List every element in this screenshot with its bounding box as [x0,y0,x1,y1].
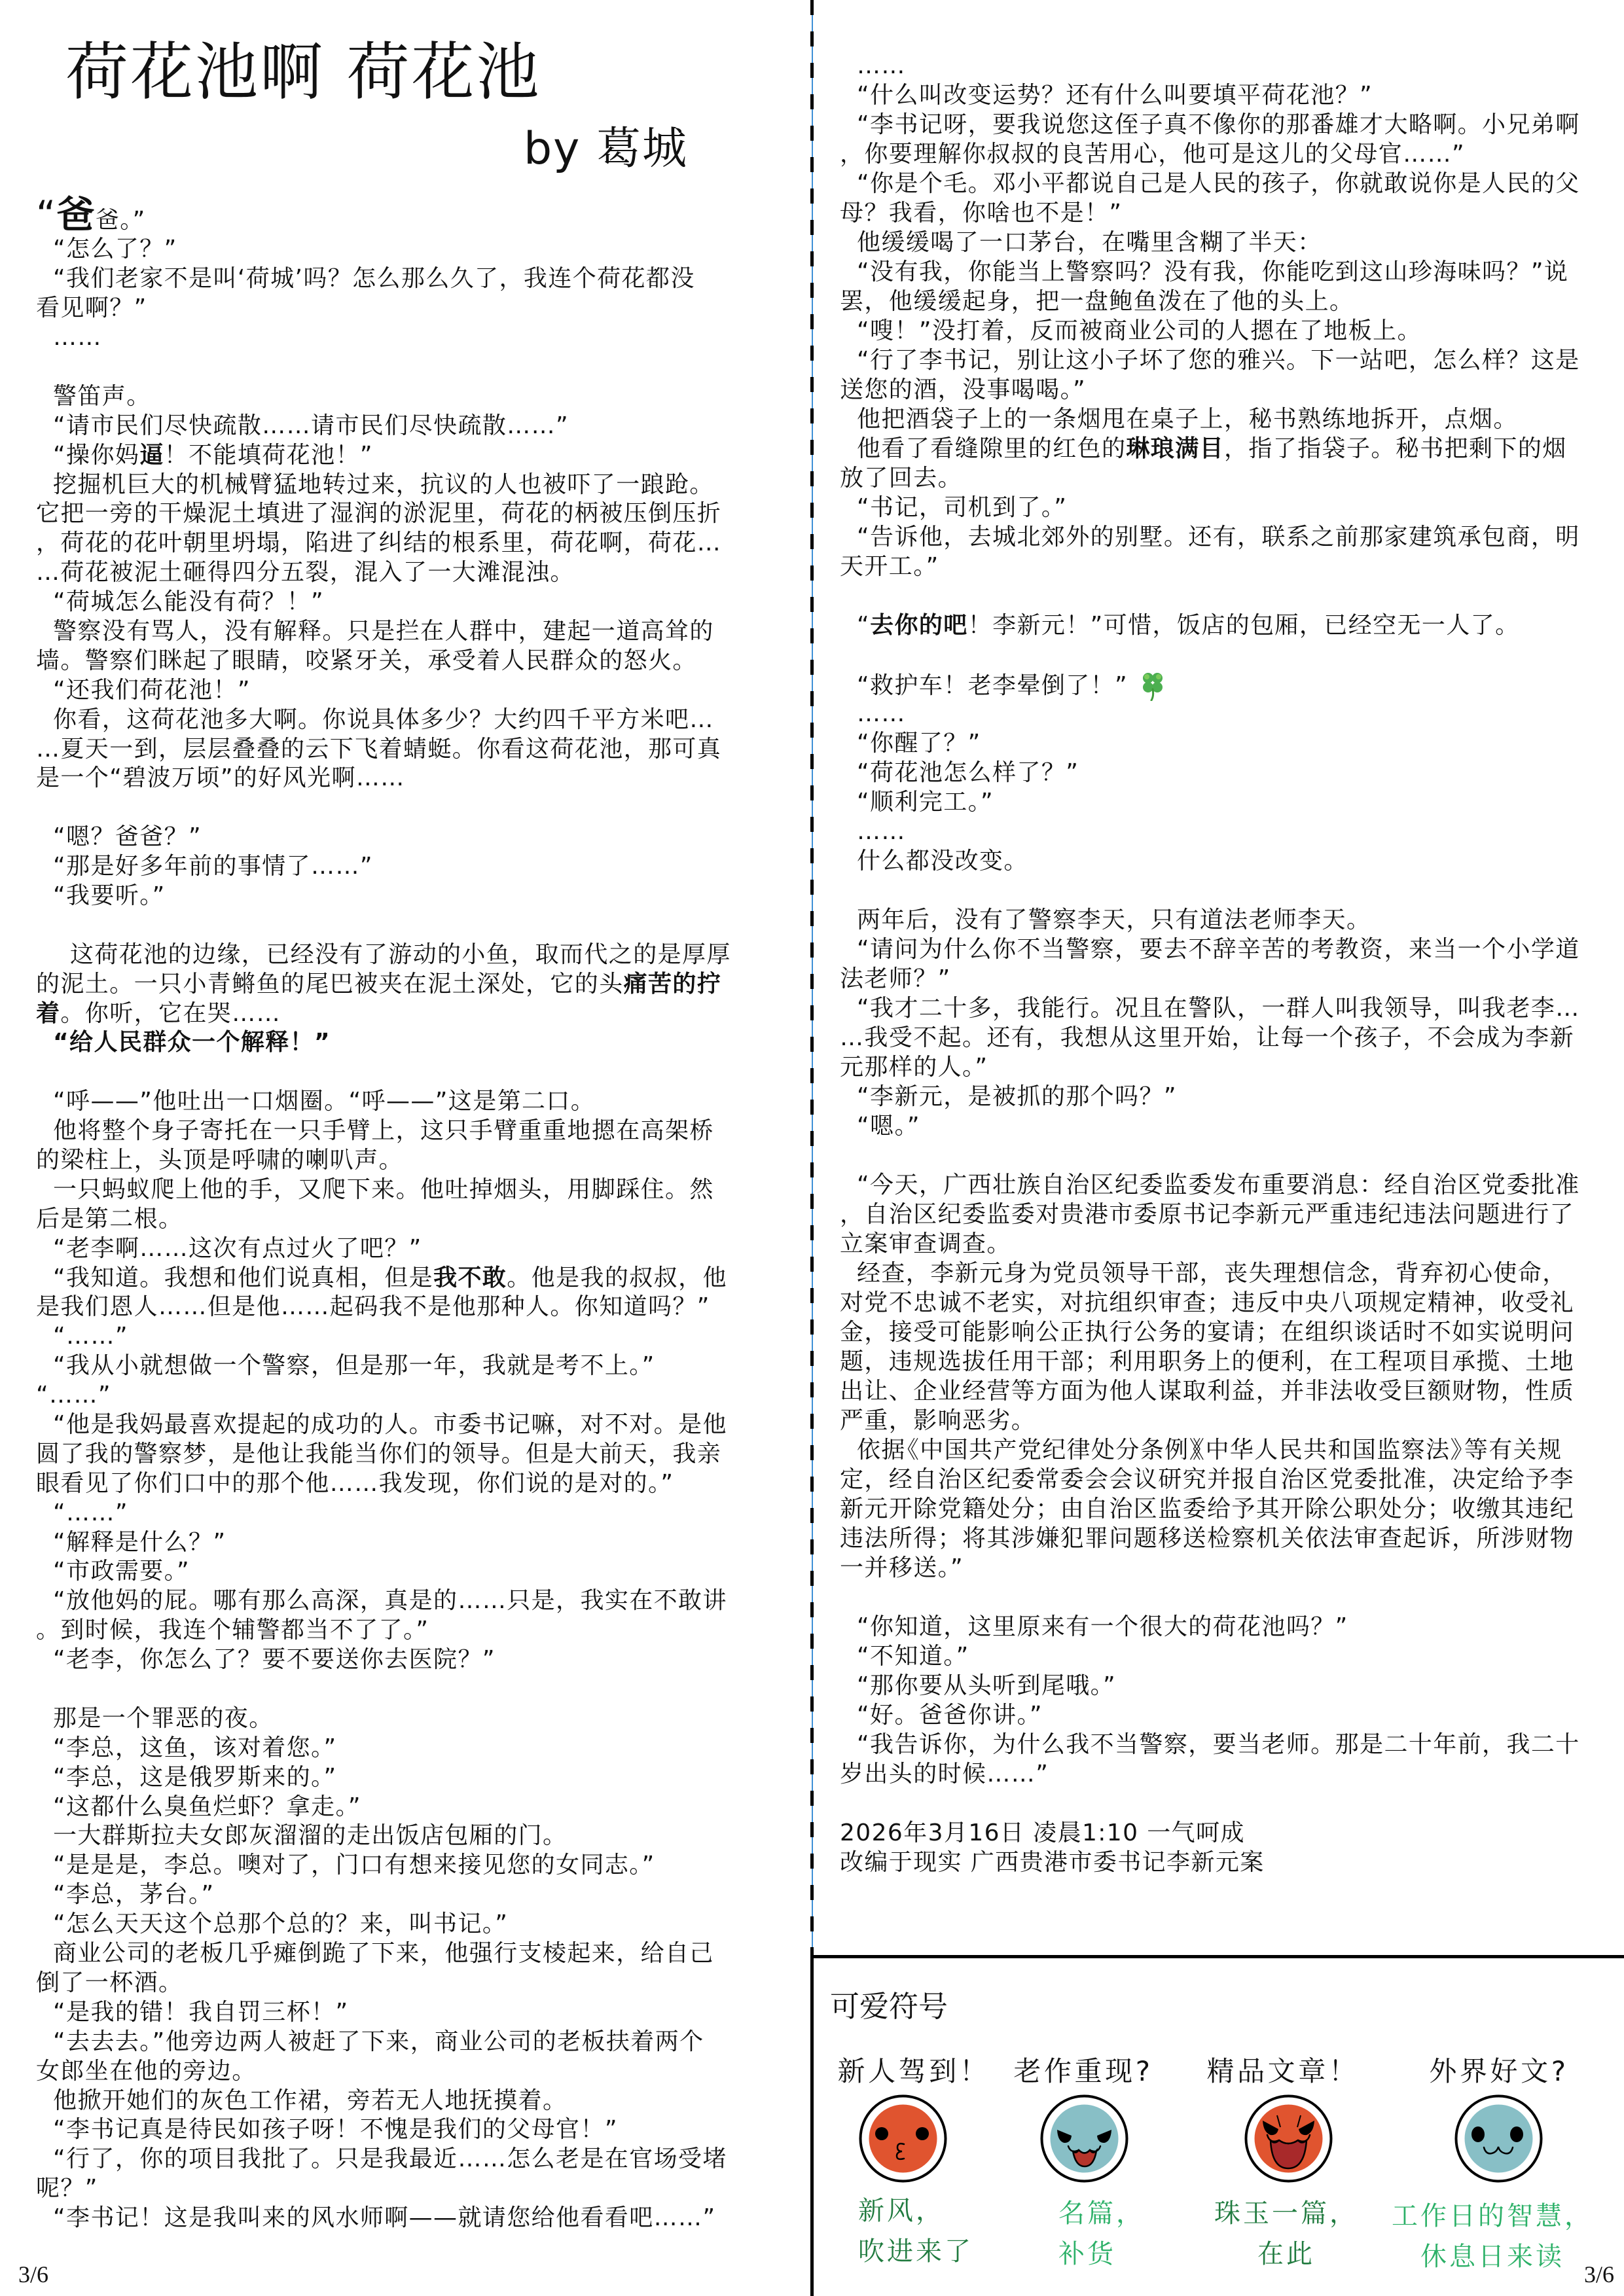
blank-line [840,1583,1623,1612]
text-segment: 他掀开她们的灰色工作裙，旁若无人地抚摸着。 [53,2087,567,2114]
text-segment: 严重，影响恶劣。 [840,1407,1036,1434]
text-line: 依据《中国共产党纪律处分条例》《中华人民共和国监察法》等有关规 [840,1435,1623,1465]
text-segment: 它把一旁的干燥泥土填进了湿润的淤泥里，荷花的柄被压倒压折 [36,500,721,527]
text-segment: 。到时候，我连个辅警都当不了了。” [36,1617,429,1643]
text-segment: “请市民们尽快疏散……请市民们尽快疏散……” [53,412,569,439]
caption-line: 补货 [1058,2234,1145,2274]
text-line: 严重，影响恶劣。 [840,1406,1623,1435]
text-line: 违法所得；将其涉嫌犯罪问题移送检察机关依法审查起诉，所涉财物 [840,1524,1623,1553]
text-segment: “那是好多年前的事情了……” [53,853,373,880]
text-segment: 一只蚂蚁爬上他的手，又爬下来。他吐掉烟头，用脚踩住。然 [53,1176,714,1203]
bold-text: 着 [36,1000,60,1027]
blank-line [36,353,795,382]
text-segment: …我受不起。还有，我想从这里开始，让每一个孩子，不会成为李新 [840,1024,1574,1051]
text-segment: 对党不忠诚不老实，对抗组织审查；违反中央八项规定精神，收受礼 [840,1289,1574,1316]
text-segment: 改编于现实 广西贵港市委书记李新元案 [840,1849,1265,1876]
emblem-box-title: 可爱符号 [830,1987,948,2026]
bold-text: 爸 [56,192,95,237]
text-segment: “李总，这鱼，该对着您。” [53,1734,337,1761]
text-segment: …荷花被泥土砸得四分五裂，混入了一大滩混浊。 [36,559,575,586]
text-segment: 后是第二根。 [36,1206,183,1232]
red-kiss-face-icon [859,2094,947,2183]
text-segment: ，你要理解你叔叔的良苦用心，他可是这儿的父母官……” [840,141,1465,168]
text-line: “我知道。我想和他们说真相，但是我不敢。他是我的叔叔，他 [36,1264,795,1293]
text-line: 母？我看，你啥也不是！” [840,198,1623,228]
text-segment: “……” [53,1499,128,1526]
text-segment: “你是个毛。邓小平都说自己是人民的孩子，你就敢说你是人民的父 [857,170,1580,197]
blank-line [840,876,1623,905]
text-segment: 眼看见了你们口中的那个他……我发现，你们说的是对的。” [36,1470,674,1497]
text-line: “荷城怎么能没有荷？！” [36,588,795,617]
text-segment: 罢，他缓缓起身，把一盘鲍鱼泼在了他的头上。 [840,288,1354,315]
text-segment: “李新元，是被抓的那个吗？” [857,1083,1177,1110]
text-segment: “救护车！老李晕倒了！” [857,672,1128,699]
text-line: “嗯。” [840,1111,1623,1141]
text-segment: “荷城怎么能没有荷？！” [53,588,324,615]
text-segment: “行了李书记，别让这小子坏了您的雅兴。下一站吧，怎么样？这是 [857,347,1580,374]
text-segment: “告诉他，去城北郊外的别墅。还有，联系之前那家建筑承包商，明 [857,524,1580,550]
text-line: 这荷花池的边缘，已经没有了游动的小鱼，取而代之的是厚厚 [36,941,795,970]
text-line: “老李，你怎么了？要不要送你去医院？” [36,1645,795,1675]
text-segment: “顺利完工。” [857,789,994,816]
text-segment: 你看，这荷花池多大啊。你说具体多少？大约四千平方米吧… [53,706,714,733]
text-segment: “李书记呀，要我说您这侄子真不像你的那番雄才大略啊。小兄弟啊 [857,111,1580,138]
text-segment: 警察没有骂人，没有解释。只是拦在人群中，建起一道高耸的 [53,618,714,645]
text-line: “不知道。” [840,1641,1623,1671]
bold-text: 去你的吧 [870,612,968,639]
text-segment: ，自治区纪委监委对贵港市委原书记李新元严重违纪违法问题进行了 [840,1201,1574,1228]
text-line: “李书记真是待民如孩子呀！不愧是我们的父母官！” [36,2115,795,2145]
text-segment: ，指了指袋子。秘书把剩下的烟 [1224,435,1567,462]
text-line: 。到时候，我连个辅警都当不了了。” [36,1616,795,1645]
caption-line: 休息日来读 [1381,2236,1604,2277]
right-text-column: ……“什么叫改变运势？还有什么叫要填平荷花池？”“李书记呀，要我说您这侄子真不像… [840,51,1623,1877]
text-segment: “没有我，你能当上警察吗？没有我，你能吃到这山珍海味吗？”说 [857,259,1568,285]
text-line: “嗖！”没打着，反而被商业公司的人摁在了地板上。 [840,316,1623,346]
text-line: 他缓缓喝了一口茅台，在嘴里含糊了半天： [840,228,1623,257]
text-segment: 警笛声。 [53,383,151,410]
text-line: 元那样的人。” [840,1052,1623,1082]
text-line: “顺利完工。” [840,787,1623,817]
text-segment: “你知道，这里原来有一个很大的荷花池吗？” [857,1613,1348,1640]
blank-line [840,1141,1623,1170]
text-segment: …… [857,818,906,845]
text-segment: 两年后，没有了警察李天，只有道法老师李天。 [857,906,1371,933]
text-line: “请问为什么你不当警察，要去不辞辛苦的考教资，来当一个小学道 [840,935,1623,964]
text-segment: “那你要从头听到尾哦。” [857,1672,1116,1699]
blank-line [36,793,795,823]
text-line: “……” [36,1499,795,1528]
text-segment: 《 [1193,1437,1205,1463]
text-line: 一并移送。” [840,1553,1623,1583]
text-line: “荷花池怎么样了？” [840,758,1623,787]
text-segment: 商业公司的老板几乎瘫倒跪了下来，他强行支棱起来，给自己 [53,1940,714,1967]
text-line: 你看，这荷花池多大啊。你说具体多少？大约四千平方米吧… [36,706,795,735]
text-segment: 送您的酒，没事喝喝。” [840,376,1086,403]
text-segment: 的泥土。一只小青鳉鱼的尾巴被夹在泥土深处，它的头 [36,971,624,997]
text-segment: 是我们恩人……但是他……起码我不是他那种人。你知道吗？” [36,1293,710,1320]
text-line: “李书记！这是我叫来的风水师啊——就请您给他看看吧……” [36,2204,795,2233]
text-segment: 爸。” [96,207,146,234]
page-number-left: 3/6 [18,2261,48,2287]
red-furious-face-icon [1244,2094,1333,2183]
caption-line: 工作日的智慧， [1381,2196,1604,2236]
caption-line: 吹进来了 [858,2231,973,2272]
text-segment: 法老师？” [840,965,951,992]
text-segment: 圆了我的警察梦，是他让我能当你们的领导。但是大前天，我亲 [36,1441,721,1467]
document-page: 荷花池啊 荷花池 by 葛城 “爸爸。”“怎么了？”“我们老家不是叫‘荷城’吗？… [0,0,1624,2296]
text-line: 对党不忠诚不老实，对抗组织审查；违反中央八项规定精神，收受礼 [840,1288,1623,1318]
text-line: “李总，茅台。” [36,1880,795,1910]
text-line: 眼看见了你们口中的那个他……我发现，你们说的是对的。” [36,1469,795,1499]
text-line: ，荷花的花叶朝里坍塌，陷进了纠结的根系里，荷花啊，荷花… [36,529,795,558]
text-line: …… [840,699,1623,728]
text-line: “是我的错！我自罚三杯！” [36,1998,795,2028]
text-line: 的梁柱上，头顶是呼啸的喇叭声。 [36,1146,795,1175]
text-line: “你醒了？” [840,728,1623,758]
text-line: 金，接受可能影响公正执行公务的宴请；在组织谈话时不如实说明问 [840,1318,1623,1347]
emblem-label: 老作重现? [985,2055,1182,2088]
text-segment: 放了回去。 [840,465,962,492]
text-line: 警笛声。 [36,382,795,412]
text-line: “书记，司机到了。” [840,493,1623,522]
text-segment: “他是我妈最喜欢提起的成功的人。市委书记嘛，对不对。是他 [53,1411,727,1438]
text-line: “告诉他，去城北郊外的别墅。还有，联系之前那家建筑承包商，明 [840,522,1623,552]
text-line: 倒了一杯酒。 [36,1969,795,1998]
text-segment: “李总，茅台。” [53,1881,215,1908]
text-line: “我才二十多，我能行。况且在警队，一群人叫我领导，叫我老李… [840,994,1623,1023]
text-line: 是一个“碧波万顷”的好风光啊…… [36,764,795,793]
text-line: …… [36,323,795,353]
text-segment: “是我的错！我自罚三杯！” [53,1999,349,2026]
text-segment: “请问为什么你不当警察，要去不辞辛苦的考教资，来当一个小学道 [857,936,1580,963]
text-line: …夏天一到，层层叠叠的云下飞着蜻蜓。你看这荷花池，那可真 [36,735,795,764]
text-segment: 什么都没改变。 [857,848,1028,874]
text-line: 警察没有骂人，没有解释。只是拦在人群中，建起一道高耸的 [36,617,795,647]
text-line: “我告诉你，为什么我不当警察，要当老师。那是二十年前，我二十 [840,1730,1623,1759]
text-line: “去去去。”他旁边两人被赶了下来，商业公司的老板扶着两个 [36,2028,795,2057]
page-number-right: 3/6 [1584,2261,1614,2287]
text-line: 改编于现实 广西贵港市委书记李新元案 [840,1848,1623,1877]
text-segment: “行了，你的项目我批了。只是我最近……怎么老是在官场受堵 [53,2145,727,2172]
text-segment: “什么叫改变运势？还有什么叫要填平荷花池？” [857,82,1373,109]
blank-line [840,640,1623,670]
text-segment: 新元开除党籍处分；由自治区监委给予其开除公职处分；收缴其违纪 [840,1496,1574,1522]
text-line: “救护车！老李晕倒了！” [840,670,1623,699]
text-segment: “今天，广西壮族自治区纪委监委发布重要消息：经自治区党委批准 [857,1172,1580,1198]
text-segment: 。他是我的叔叔，他 [507,1265,727,1291]
text-segment: 立案审查调查。 [840,1230,1011,1257]
text-segment: 呢？” [36,2175,98,2202]
bold-text: 逼 [139,442,164,469]
text-segment: “怎么天天这个总那个总的？来，叫书记。” [53,1910,508,1937]
text-segment: 那是一个罪恶的夜。 [53,1705,274,1732]
text-segment: 等有关规 [1464,1437,1562,1463]
bold-text: “给人民群众一个解释！” [53,1029,331,1056]
text-segment: “还我们荷花池！” [53,677,251,704]
text-segment: 中国共产党纪律处分条例 [920,1437,1189,1463]
text-line: “怎么天天这个总那个总的？来，叫书记。” [36,1910,795,1939]
text-line: “你是个毛。邓小平都说自己是人民的孩子，你就敢说你是人民的父 [840,169,1623,198]
text-segment: 题，违规选拔任用干部；利用职务上的便利，在工程项目承揽、土地 [840,1348,1574,1375]
caption-line: 名篇， [1058,2193,1145,2234]
column-divider [810,0,814,1947]
text-segment: 中华人民共和国监察法 [1205,1437,1450,1463]
text-line: ，自治区纪委监委对贵港市委原书记李新元严重违纪违法问题进行了 [840,1200,1623,1229]
text-line: “那你要从头听到尾哦。” [840,1671,1623,1700]
text-line: 一只蚂蚁爬上他的手，又爬下来。他吐掉烟头，用脚踩住。然 [36,1175,795,1205]
left-text-column: “爸爸。”“怎么了？”“我们老家不是叫‘荷城’吗？怎么那么久了，我连个荷花都没看… [36,206,795,2233]
emblem-caption: 工作日的智慧， 休息日来读 [1381,2196,1604,2277]
text-line: “李新元，是被抓的那个吗？” [840,1082,1623,1111]
emblem-caption: 名篇， 补货 [1058,2193,1145,2274]
text-line: “操你妈逼！不能填荷花池！” [36,441,795,471]
text-line: “……” [36,1381,795,1410]
text-segment: “ [36,192,56,237]
emblem-caption: 新风， 吹进来了 [858,2191,973,2272]
text-segment: “市政需要。” [53,1558,190,1585]
emblem-label: 新人驾到！ [816,2055,1012,2088]
text-segment: “怎么了？” [53,236,177,262]
text-segment: “李书记真是待民如孩子呀！不愧是我们的父母官！” [53,2116,618,2143]
text-segment: “……” [36,1382,111,1408]
bold-text: 我不敢 [433,1265,507,1291]
text-segment: 。你听，它在哭…… [60,1000,281,1027]
text-line: “你知道，这里原来有一个很大的荷花池吗？” [840,1612,1623,1641]
text-line: “我们老家不是叫‘荷城’吗？怎么那么久了，我连个荷花都没 [36,264,795,294]
text-segment: 《 [895,1437,920,1463]
text-line: “去你的吧！李新元！”可惜，饭店的包厢，已经空无一人了。 [840,611,1623,640]
text-line: 看见啊？” [36,294,795,323]
caption-line: 珠玉一篇， [1182,2193,1391,2234]
text-segment: 他将整个身子寄托在一只手臂上，这只手臂重重地摁在高架桥 [53,1117,714,1144]
text-line: 圆了我的警察梦，是他让我能当你们的领导。但是大前天，我亲 [36,1440,795,1469]
text-line: …荷花被泥土砸得四分五裂，混入了一大滩混浊。 [36,558,795,588]
text-segment: ！李新元！”可惜，饭店的包厢，已经空无一人了。 [968,612,1520,639]
text-segment: 他看了看缝隙里的红色的 [857,435,1126,462]
text-line: 那是一个罪恶的夜。 [36,1704,795,1734]
text-segment: 他把酒袋子上的一条烟甩在桌子上，秘书熟练地拆开，点烟。 [857,406,1518,433]
text-segment: 2026年3月16日 凌晨1:10 一气呵成 [840,1820,1245,1846]
text-segment: “我从小就想做一个警察，但是那一年，我就是考不上。” [53,1352,655,1379]
text-line: “还我们荷花池！” [36,676,795,706]
text-line: “那是好多年前的事情了……” [36,852,795,882]
text-segment: 母？我看，你啥也不是！” [840,200,1122,226]
text-line: 一大群斯拉夫女郎灰溜溜的走出饭店包厢的门。 [36,1821,795,1851]
text-line: “请市民们尽快疏散……请市民们尽快疏散……” [36,412,795,441]
text-line: 法老师？” [840,964,1623,994]
text-segment: 天开工。” [840,553,939,580]
text-line: 他看了看缝隙里的红色的琳琅满目，指了指袋子。秘书把剩下的烟 [840,434,1623,463]
text-segment: “李总，这是俄罗斯来的。” [53,1764,337,1791]
text-segment: “呼——”他吐出一口烟圈。“呼——”这是第二口。 [53,1088,595,1115]
text-line: “怎么了？” [36,235,795,264]
text-line: “我从小就想做一个警察，但是那一年，我就是考不上。” [36,1352,795,1381]
text-line: 是我们恩人……但是他……起码我不是他那种人。你知道吗？” [36,1293,795,1322]
bold-text: 琳琅满目 [1126,435,1224,462]
text-segment: 出让、企业经营等方面为他人谋取利益，并非法收受巨额财物，性质 [840,1378,1574,1405]
text-segment: 经查，李新元身为党员领导干部，丧失理想信念，背弃初心使命， [857,1260,1567,1287]
text-segment: “我才二十多，我能行。况且在警队，一群人叫我领导，叫我老李… [857,995,1580,1022]
text-line: “我要听。” [36,882,795,911]
text-line: 岁出头的时候……” [840,1759,1623,1789]
text-segment: 一大群斯拉夫女郎灰溜溜的走出饭店包厢的门。 [53,1822,567,1849]
text-line: “没有我，你能当上警察吗？没有我，你能吃到这山珍海味吗？”说 [840,257,1623,287]
text-line: 墙。警察们眯起了眼睛，咬紧牙关，承受着人民群众的怒火。 [36,647,795,676]
text-line: “他是我妈最喜欢提起的成功的人。市委书记嘛，对不对。是他 [36,1410,795,1440]
emblem-label: 精品文章！ [1185,2055,1381,2088]
blue-cute-face-icon [1454,2094,1543,2183]
emblem-box-top-border [810,1955,1624,1958]
blank-line [840,1789,1623,1818]
emblem-caption: 珠玉一篇， 在此 [1182,2193,1391,2274]
text-line: “李书记呀，要我说您这侄子真不像你的那番雄才大略啊。小兄弟啊 [840,110,1623,139]
text-line: 两年后，没有了警察李天，只有道法老师李天。 [840,905,1623,935]
text-line: “……” [36,1322,795,1352]
text-line: 他把酒袋子上的一条烟甩在桌子上，秘书熟练地拆开，点烟。 [840,404,1623,434]
text-segment: “……” [53,1323,128,1350]
text-segment: “李书记！这是我叫来的风水师啊——就请您给他看看吧……” [53,2204,716,2231]
text-segment: “书记，司机到了。” [857,494,1067,521]
text-line: “呼——”他吐出一口烟圈。“呼——”这是第二口。 [36,1087,795,1117]
text-segment: “我告诉你，为什么我不当警察，要当老师。那是二十年前，我二十 [857,1731,1580,1758]
text-line: 女郎坐在他的旁边。 [36,2057,795,2087]
text-segment: “嗖！”没打着，反而被商业公司的人摁在了地板上。 [857,317,1422,344]
text-segment: “我要听。” [53,882,166,909]
text-segment: 金，接受可能影响公正执行公务的宴请；在组织谈话时不如实说明问 [840,1319,1574,1346]
text-segment: 的梁柱上，头顶是呼啸的喇叭声。 [36,1147,403,1174]
text-segment: …… [53,324,102,351]
text-line: 天开工。” [840,552,1623,581]
caption-line: 新风， [858,2191,973,2231]
bold-text: 痛苦的拧 [624,971,722,997]
text-segment: “好。爸爸你讲。” [857,1702,1043,1729]
text-line: 商业公司的老板几乎瘫倒跪了下来，他强行支棱起来，给自己 [36,1939,795,1969]
text-segment: …… [857,52,906,79]
text-line: “放他妈的屁。哪有那么高深，真是的……只是，我实在不敢讲 [36,1587,795,1616]
emblem-box-left-border [810,1947,814,2296]
text-line: “什么叫改变运势？还有什么叫要填平荷花池？” [840,81,1623,110]
text-segment: 女郎坐在他的旁边。 [36,2058,257,2085]
text-segment: 倒了一杯酒。 [36,1969,183,1996]
text-segment: “去去去。”他旁边两人被赶了下来，商业公司的老板扶着两个 [53,2028,704,2055]
text-segment: “ [857,612,870,639]
text-line: “行了，你的项目我批了。只是我最近……怎么老是在官场受堵 [36,2145,795,2174]
text-line: 着。你听，它在哭…… [36,999,795,1029]
text-line: “李总，这是俄罗斯来的。” [36,1763,795,1793]
text-line: 新元开除党籍处分；由自治区监委给予其开除公职处分；收缴其违纪 [840,1494,1623,1524]
text-line: 他掀开她们的灰色工作裙，旁若无人地抚摸着。 [36,2087,795,2116]
text-line: 什么都没改变。 [840,846,1623,876]
emblem-label: 外界好文? [1401,2055,1597,2088]
caption-line: 在此 [1182,2234,1391,2274]
text-line: 题，违规选拔任用干部；利用职务上的便利，在工程项目承揽、土地 [840,1347,1623,1376]
text-segment: “嗯？爸爸？” [53,823,202,850]
text-line: …我受不起。还有，我想从这里开始，让每一个孩子，不会成为李新 [840,1023,1623,1052]
text-line: 放了回去。 [840,463,1623,493]
text-line: “解释是什么？” [36,1528,795,1558]
text-segment: “不知道。” [857,1643,969,1670]
text-line: “这都什么臭鱼烂虾？拿走。” [36,1793,795,1822]
text-line: “今天，广西壮族自治区纪委监委发布重要消息：经自治区党委批准 [840,1170,1623,1200]
author-byline: by 葛城 [524,123,688,175]
text-segment: 看见啊？” [36,295,147,321]
text-segment: “你醒了？” [857,730,981,757]
text-segment: “这都什么臭鱼烂虾？拿走。” [53,1793,361,1820]
text-segment: 定，经自治区纪委常委会会议研究并报自治区党委批准，决定给予李 [840,1466,1574,1493]
text-segment: 一并移送。” [840,1554,964,1581]
text-line: 挖掘机巨大的机械臂猛地转过来，抗议的人也被吓了一踉跄。 [36,471,795,500]
blue-grin-face-icon [1040,2094,1128,2183]
text-line: “嗯？爸爸？” [36,823,795,852]
text-line: 它把一旁的干燥泥土填进了湿润的淤泥里，荷花的柄被压倒压折 [36,499,795,529]
blank-line [36,1058,795,1087]
text-segment: “老李，你怎么了？要不要送你去医院？” [53,1646,496,1673]
story-title: 荷花池啊 荷花池 [65,36,541,108]
text-line: 罢，他缓缓起身，把一盘鲍鱼泼在了他的头上。 [840,287,1623,316]
text-segment: “操你妈 [53,442,139,469]
text-line: “老李啊……这次有点过火了吧？” [36,1234,795,1264]
text-segment: “放他妈的屁。哪有那么高深，真是的……只是，我实在不敢讲 [53,1587,727,1614]
text-segment: “荷花池怎么样了？” [857,759,1079,786]
text-line: ，你要理解你叔叔的良苦用心，他可是这儿的父母官……” [840,139,1623,169]
text-segment: 是一个“碧波万顷”的好风光啊…… [36,764,405,791]
four-leaf-clover-icon [1138,670,1167,701]
text-line: 经查，李新元身为党员领导干部，丧失理想信念，背弃初心使命， [840,1259,1623,1288]
text-line: “行了李书记，别让这小子坏了您的雅兴。下一站吧，怎么样？这是 [840,346,1623,375]
text-segment: “我们老家不是叫‘荷城’吗？怎么那么久了，我连个荷花都没 [53,265,695,292]
text-line: 呢？” [36,2174,795,2204]
text-segment: “解释是什么？” [53,1529,226,1556]
text-line: “爸爸。” [36,206,795,236]
text-segment: ，荷花的花叶朝里坍塌，陷进了纠结的根系里，荷花啊，荷花… [36,529,721,556]
text-line: …… [840,817,1623,846]
text-segment: “老李啊……这次有点过火了吧？” [53,1235,422,1262]
text-line: “市政需要。” [36,1557,795,1587]
text-segment: …夏天一到，层层叠叠的云下飞着蜻蜓。你看这荷花池，那可真 [36,736,721,762]
text-segment: 墙。警察们眯起了眼睛，咬紧牙关，承受着人民群众的怒火。 [36,647,697,674]
text-segment: ！不能填荷花池！” [164,442,373,469]
text-line: 出让、企业经营等方面为他人谋取利益，并非法收受巨额财物，性质 [840,1376,1623,1406]
text-line: 送您的酒，没事喝喝。” [840,375,1623,404]
text-segment: 元那样的人。” [840,1054,988,1081]
text-line: …… [840,51,1623,81]
text-line: 后是第二根。 [36,1205,795,1234]
text-segment: 这荷花池的边缘，已经没有了游动的小鱼，取而代之的是厚厚 [70,941,731,968]
blank-line [840,581,1623,611]
text-segment: 他缓缓喝了一口茅台，在嘴里含糊了半天： [857,229,1322,256]
text-segment: 挖掘机巨大的机械臂猛地转过来，抗议的人也被吓了一踉跄。 [53,471,714,498]
text-segment: “嗯。” [857,1113,920,1139]
blank-line [36,911,795,941]
text-line: 他将整个身子寄托在一只手臂上，这只手臂重重地摁在高架桥 [36,1117,795,1146]
text-segment: “我知道。我想和他们说真相，但是 [53,1265,433,1291]
text-segment: 岁出头的时候……” [840,1761,1049,1787]
text-line: 2026年3月16日 凌晨1:10 一气呵成 [840,1818,1623,1848]
text-segment: “是是是，李总。噢对了，门口有想来接见您的女同志。” [53,1852,655,1878]
text-line: “是是是，李总。噢对了，门口有想来接见您的女同志。” [36,1851,795,1880]
text-line: “好。爸爸你讲。” [840,1700,1623,1730]
text-segment: 违法所得；将其涉嫌犯罪问题移送检察机关依法审查起诉，所涉财物 [840,1525,1574,1552]
text-line: 的泥土。一只小青鳉鱼的尾巴被夹在泥土深处，它的头痛苦的拧 [36,970,795,999]
text-line: “给人民群众一个解释！” [36,1028,795,1058]
text-line: “李总，这鱼，该对着您。” [36,1734,795,1763]
text-line: 定，经自治区纪委常委会会议研究并报自治区党委批准，决定给予李 [840,1465,1623,1494]
text-segment: …… [857,700,906,727]
blank-line [36,1675,795,1704]
text-line: 立案审查调查。 [840,1229,1623,1259]
